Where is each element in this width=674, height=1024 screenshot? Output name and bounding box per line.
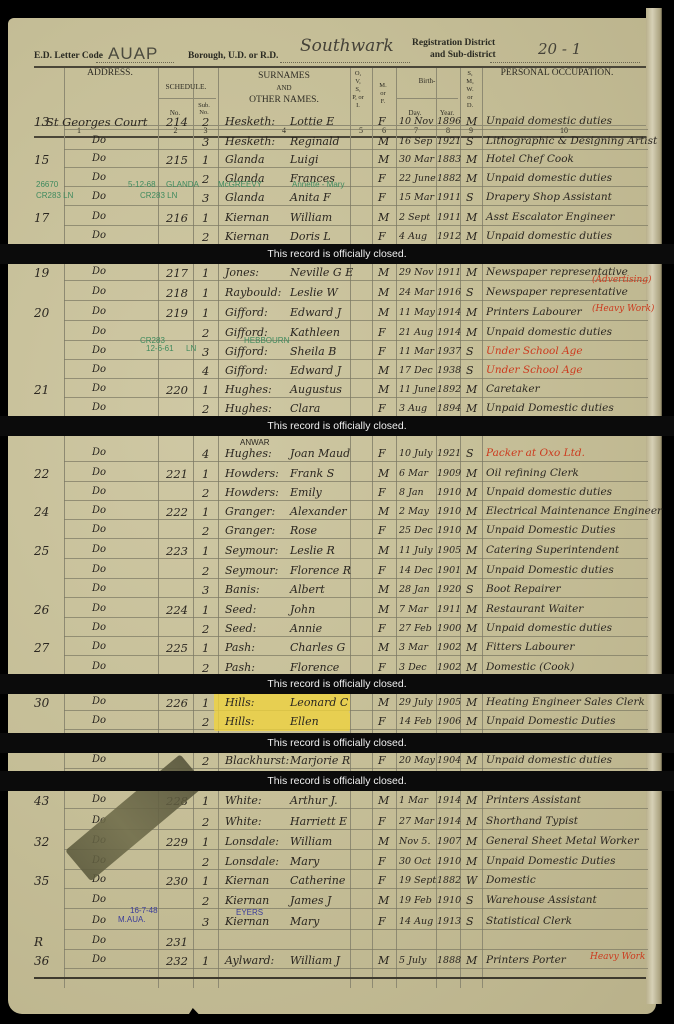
row-rule [64,500,648,501]
occupation: Electrical Maintenance Engineer [486,505,662,517]
marital-status: S [466,915,474,928]
annotation: 16-7-48 [130,906,158,915]
given-names: William J [290,954,340,967]
address-number: 36 [34,954,49,968]
address-text: Do [92,935,106,946]
schedule-number: 224 [166,603,188,617]
schedule-number: 226 [166,696,188,710]
occupation: Printers Labourer [486,306,582,318]
occupation: Restaurant Waiter [486,603,583,615]
occupation: Caretaker [486,383,540,395]
sub-number: 3 [202,191,209,205]
birth-day: 8 Jan [399,487,424,498]
address-text: Do [92,794,106,805]
birth-day: 6 Mar [399,468,428,479]
birth-day: 4 Aug [399,231,427,242]
smwd-4: or [467,94,472,101]
birth-year: 1896 [437,116,461,127]
birth-day: 14 Feb [399,716,432,727]
sub-number: 1 [202,467,209,481]
occupation-note: (Heavy Work) [592,304,654,314]
surname: Howders: [225,467,279,480]
given-names: Mary [290,855,319,868]
sub-number: 1 [202,641,209,655]
birth-year: 1882 [437,875,461,886]
sub-number: 1 [202,696,209,710]
given-names: William [290,835,332,848]
address-number: 27 [34,641,49,655]
marital-status: M [466,815,477,828]
address-number: 24 [34,505,49,519]
given-names: Mary [290,915,319,928]
given-names: Leslie W [290,286,338,299]
borough-label: Borough, U.D. or R.D. [188,51,278,61]
sub-number: 1 [202,286,209,300]
given-names: Clara [290,402,320,415]
address-text: Do [92,326,106,337]
birth-day: 11 Mar [399,346,434,357]
birth-day: 27 Mar [399,816,434,827]
row-rule [64,617,648,618]
birth-year: 1916 [437,287,461,298]
closed-record-notice: This record is officially closed. [0,674,674,694]
smwd-1: S, [467,70,472,77]
sex: F [378,815,386,828]
sex: M [378,266,389,279]
given-names: Leslie R [290,544,335,557]
occupation: Domestic (Cook) [486,661,574,673]
given-names: Edward J [290,306,341,319]
occupation: Asst Escalator Engineer [486,211,614,223]
birth-day: 3 Mar [399,642,428,653]
sex: M [378,583,389,596]
occupation: Unpaid domestic duties [486,622,612,634]
surname: Gifford: [225,345,268,358]
sex: M [378,135,389,148]
address-text: Do [92,135,106,146]
birth-year: 1900 [437,623,461,634]
surname: Aylward: [225,954,274,967]
given-names: Annie [290,622,322,635]
sex: F [378,874,386,887]
occupation: Catering Superintendent [486,544,619,556]
birth-day: 30 Oct [399,856,431,867]
marital-status: S [466,345,474,358]
row-rule [64,849,648,850]
annotation: 5-12-68 [128,180,156,189]
row-rule [64,968,648,969]
row-rule [64,167,648,168]
birth-year: 1914 [437,327,461,338]
col-sex: M.orF. [372,82,394,106]
birth-year: 1914 [437,816,461,827]
birth-year: 1901 [437,565,461,576]
row-rule [64,869,648,870]
surname: Hughes: [225,383,272,396]
birth-year: 1902 [437,662,461,673]
birth-year: 1906 [437,716,461,727]
occupation-note: Heavy Work [590,952,645,962]
sub-number: 2 [202,524,209,538]
sex: M [378,153,389,166]
given-names: Doris L [290,230,331,243]
given-names: Marjorie R [290,754,350,767]
address-text: Do [92,564,106,575]
col-ovspi: O,V,S,P, orI. [350,70,366,110]
address-number: R [34,935,43,949]
col-smwd: S,M,W.orD. [460,70,480,110]
schedule-number: 230 [166,874,188,888]
sub-number: 2 [202,815,209,829]
address-number: 30 [34,696,49,710]
surname: Granger: [225,505,275,518]
sub-number: 2 [202,172,209,186]
surname: Pash: [225,661,255,674]
col-surnames-2: AND [276,84,291,92]
marital-status: S [466,286,474,299]
sub-number: 2 [202,754,209,768]
birth-day: 25 Dec [399,525,433,536]
address-text: Do [92,266,106,277]
registration-label-1: Registration District [412,38,495,48]
annotation: 12-6-61 [146,344,174,353]
birth-year: 1910 [437,525,461,536]
sex: M [378,306,389,319]
row-rule [64,538,648,539]
schedule-number: 216 [166,211,188,225]
column-divider [158,68,159,988]
col-schedule-sub: Sub.No. [193,102,215,116]
birth-year: 1937 [437,346,461,357]
marital-status: M [466,211,477,224]
occupation: Unpaid domestic duties [486,326,612,338]
row-rule [64,655,648,656]
birth-year: 1910 [437,856,461,867]
sex: F [378,230,386,243]
surname: Hughes: [225,402,272,415]
birth-day: 28 Jan [399,584,430,595]
surname: Jones: [225,266,259,279]
surname: Seed: [225,603,256,616]
given-names: Neville G E [290,266,353,279]
marital-status: M [466,855,477,868]
sex: M [378,954,389,967]
given-names: Albert [290,583,325,596]
occupation: Unpaid Domestic Duties [486,715,615,727]
surname: Banis: [225,583,260,596]
birth-year: 1913 [437,916,461,927]
address-number: 35 [34,874,49,888]
surname: Pash: [225,641,255,654]
marital-status: S [466,135,474,148]
annotation: EYERS [236,908,263,917]
row-rule [64,768,648,769]
row-rule [64,359,648,360]
given-names: Ellen [290,715,319,728]
address-text: Do [92,603,106,614]
sub-number: 1 [202,211,209,225]
sub-number: 3 [202,345,209,359]
birth-day: 16 Sep [399,136,432,147]
birth-day: 10 Nov [399,116,434,127]
row-rule [64,300,648,301]
birth-year: 1904 [437,755,461,766]
ovspi-2: V, [355,78,360,85]
annotation: ANWAR [240,438,269,447]
marital-status: S [466,447,474,460]
ed-letter-code-label: E.D. Letter Code [34,51,103,61]
sex: M [378,467,389,480]
sub-number: 2 [202,622,209,636]
occupation: Printers Porter [486,954,566,966]
marital-status: M [466,402,477,415]
occupation: Unpaid domestic duties [486,754,612,766]
address-text: Do [92,915,106,926]
address-text: Do [92,447,106,458]
row-rule [64,280,648,281]
schedule-number: 231 [166,935,188,949]
column-divider [350,68,351,988]
occupation: Lithographic & Designing Artist [486,135,657,147]
occupation: Unpaid domestic duties [486,230,612,242]
sex: M [378,383,389,396]
address-number: 22 [34,467,49,481]
row-rule [64,519,648,520]
sub-number: 4 [202,364,209,378]
birth-day: 21 Aug [399,327,433,338]
marital-status: M [466,603,477,616]
marital-status: M [466,505,477,518]
marital-status: M [466,794,477,807]
occupation: Under School Age [486,345,583,357]
birth-year: 1921 [437,448,461,459]
given-names: Arthur J. [290,794,338,807]
schedule-number: 220 [166,383,188,397]
column-number: 10 [482,126,646,135]
birth-year: 1888 [437,955,461,966]
surname: Granger: [225,524,275,537]
given-names: Sheila B [290,345,336,358]
ovspi-4: P, or [352,94,364,101]
schedule-subdivider [158,98,216,99]
sub-number: 1 [202,835,209,849]
marital-status: M [466,383,477,396]
sub-number: 1 [202,544,209,558]
sex: M [378,603,389,616]
birth-day: 2 May [399,506,429,517]
sub-number: 1 [202,954,209,968]
schedule-number: 223 [166,544,188,558]
sex: M [378,544,389,557]
address-number: 20 [34,306,49,320]
ovspi-1: O, [355,70,361,77]
surname: Lonsdale: [225,835,279,848]
marital-status: M [466,754,477,767]
surname: Hughes: [225,447,272,460]
column-number: 7 [396,126,436,135]
birth-year: 1910 [437,506,461,517]
schedule-number: 222 [166,505,188,519]
address-text: Do [92,583,106,594]
birth-day: 7 Mar [399,604,428,615]
given-names: Lottie E [290,115,334,128]
column-divider [193,68,194,988]
borough-value: Southwark [300,36,394,56]
occupation: Unpaid Domestic duties [486,402,614,414]
address-text: Do [92,715,106,726]
sub-number: 2 [202,230,209,244]
marital-status: M [466,326,477,339]
surname: Hesketh: [225,115,275,128]
col-surnames-1: SURNAMES [258,71,310,81]
occupation: Domestic [486,874,536,886]
annotation: CR283 LN [36,191,73,200]
surname: Hills: [225,696,255,709]
occupation: Boot Repairer [486,583,561,595]
annotation: McGREEVY [218,180,262,189]
row-rule [64,578,648,579]
marital-status: M [466,564,477,577]
birth-year: 1902 [437,642,461,653]
col-surnames-3: OTHER NAMES. [249,95,319,105]
birth-day: 5 July [399,955,426,966]
sex: F [378,447,386,460]
row-rule [64,636,648,637]
birth-day: 15 Mar [399,192,434,203]
birth-year: 1912 [437,231,461,242]
sub-number: 1 [202,153,209,167]
birth-year: 1921 [437,136,461,147]
marital-status: M [466,622,477,635]
occupation: Oil refining Clerk [486,467,579,479]
marital-status: M [466,696,477,709]
sex: M [378,364,389,377]
birth-year: 1914 [437,795,461,806]
annotation: M.AUA. [118,915,146,924]
annotation: CR283 LN [140,191,177,200]
registration-dotted-line [490,62,640,63]
birth-year: 1882 [437,173,461,184]
marital-status: M [466,153,477,166]
col-schedule: SCHEDULE. [158,82,214,92]
given-names: Alexander [290,505,347,518]
birth-day: 1 Mar [399,795,428,806]
row-rule [64,320,648,321]
birth-day: 17 Dec [399,365,433,376]
address-text: Do [92,524,106,535]
closed-record-notice: This record is officially closed. [0,416,674,436]
column-divider [482,68,483,988]
given-names: James J [290,894,331,907]
col-address: ADDRESS. [64,68,156,78]
address-text: Do [92,467,106,478]
birth-year: 1938 [437,365,461,376]
birth-year: 1883 [437,154,461,165]
ed-letter-code-value: AUAP [108,44,158,64]
column-number: 8 [436,126,460,135]
surname: Kiernan [225,230,269,243]
birth-year: 1910 [437,895,461,906]
given-names: Florence [290,661,339,674]
row-rule [64,129,648,130]
occupation: Statistical Clerk [486,915,572,927]
occupation: Under School Age [486,364,583,376]
row-rule [64,397,648,398]
birth-year: 1907 [437,836,461,847]
given-names: Reginald [290,135,340,148]
column-divider [396,68,397,988]
given-names: Luigi [290,153,318,166]
marital-status: M [466,115,477,128]
sex: M [378,794,389,807]
occupation: Warehouse Assistant [486,894,597,906]
address-text: Do [92,383,106,394]
annotation: GLANDA [166,180,199,189]
sex-3: F. [381,98,386,105]
sub-number: 1 [202,306,209,320]
address-text: Do [92,211,106,222]
marital-status: M [466,266,477,279]
row-rule [64,481,648,482]
marital-status: M [466,954,477,967]
occupation: Shorthand Typist [486,815,578,827]
surname: Glanda [225,153,265,166]
birth-day: 14 Aug [399,916,433,927]
address-text: Do [92,754,106,765]
given-names: Catherine [290,874,345,887]
sex: F [378,715,386,728]
birth-year: 1894 [437,403,461,414]
sub-number: 2 [202,115,209,129]
given-names: William [290,211,332,224]
sex: M [378,835,389,848]
marital-status: M [466,835,477,848]
occupation: Unpaid Domestic duties [486,564,614,576]
row-rule [64,149,648,150]
surname: Gifford: [225,364,268,377]
col-occupation: PERSONAL OCCUPATION. [482,68,632,78]
marital-status: M [466,486,477,499]
sex: M [378,505,389,518]
sex: F [378,191,386,204]
address-number: 17 [34,211,49,225]
sub-number: 2 [202,402,209,416]
marital-status: M [466,467,477,480]
annotation: 26670 [36,180,58,189]
row-rule [64,205,648,206]
sub-number: 3 [202,583,209,597]
occupation: Fitters Labourer [486,641,574,653]
sex: F [378,345,386,358]
surname: White: [225,794,262,807]
address-text: Do [92,486,106,497]
address-text: Do [92,954,106,965]
occupation: Newspaper representative [486,286,628,298]
address-text: Do [92,641,106,652]
birth-day: 11 May [399,307,435,318]
address-text: Do [92,894,106,905]
address-number: 26 [34,603,49,617]
given-names: Augustus [290,383,342,396]
register-end-rule [34,977,646,979]
address-text: Do [92,153,106,164]
sex: F [378,564,386,577]
surname: Blackhurst: [225,754,289,767]
birth-year: 1911 [437,604,461,615]
sex: M [378,696,389,709]
birth-day: 30 Mar [399,154,434,165]
annotation: Annette - Mary [292,180,344,189]
